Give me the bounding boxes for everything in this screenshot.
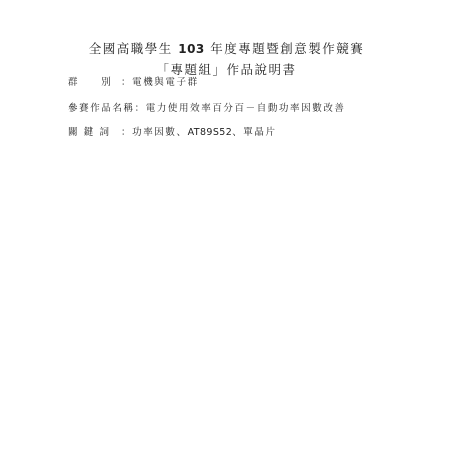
- keyword-1: 功率因數、: [132, 127, 188, 138]
- field-separator: ：: [121, 127, 132, 138]
- field-label-keywords: 關 鍵 詞: [68, 126, 121, 139]
- field-keywords: 關 鍵 詞：功率因數、AT89S52、單晶片: [68, 126, 277, 139]
- field-group: 群 別：電機與電子群: [68, 76, 199, 89]
- keyword-3: 、單晶片: [232, 127, 276, 138]
- keyword-2: AT89S52: [188, 127, 233, 138]
- title-prefix: 全國高職學生: [89, 41, 178, 56]
- document-title-line-1: 全國高職學生 103 年度專題暨創意製作競賽: [0, 41, 453, 57]
- document-page: 全國高職學生 103 年度專題暨創意製作競賽 「專題組」作品說明書 群 別：電機…: [0, 0, 453, 453]
- title-suffix: 年度專題暨創意製作競賽: [205, 41, 364, 56]
- field-separator: ：: [121, 77, 132, 88]
- field-separator: ：: [135, 103, 146, 114]
- field-value-project-name: 電力使用效率百分百－自動功率因數改善: [146, 103, 346, 114]
- field-label-group: 群 別: [68, 76, 121, 89]
- field-value-group: 電機與電子群: [132, 77, 199, 88]
- title-year: 103: [178, 42, 205, 56]
- field-project-name: 參賽作品名稱：電力使用效率百分百－自動功率因數改善: [68, 102, 346, 115]
- field-label-project-name: 參賽作品名稱: [68, 102, 135, 115]
